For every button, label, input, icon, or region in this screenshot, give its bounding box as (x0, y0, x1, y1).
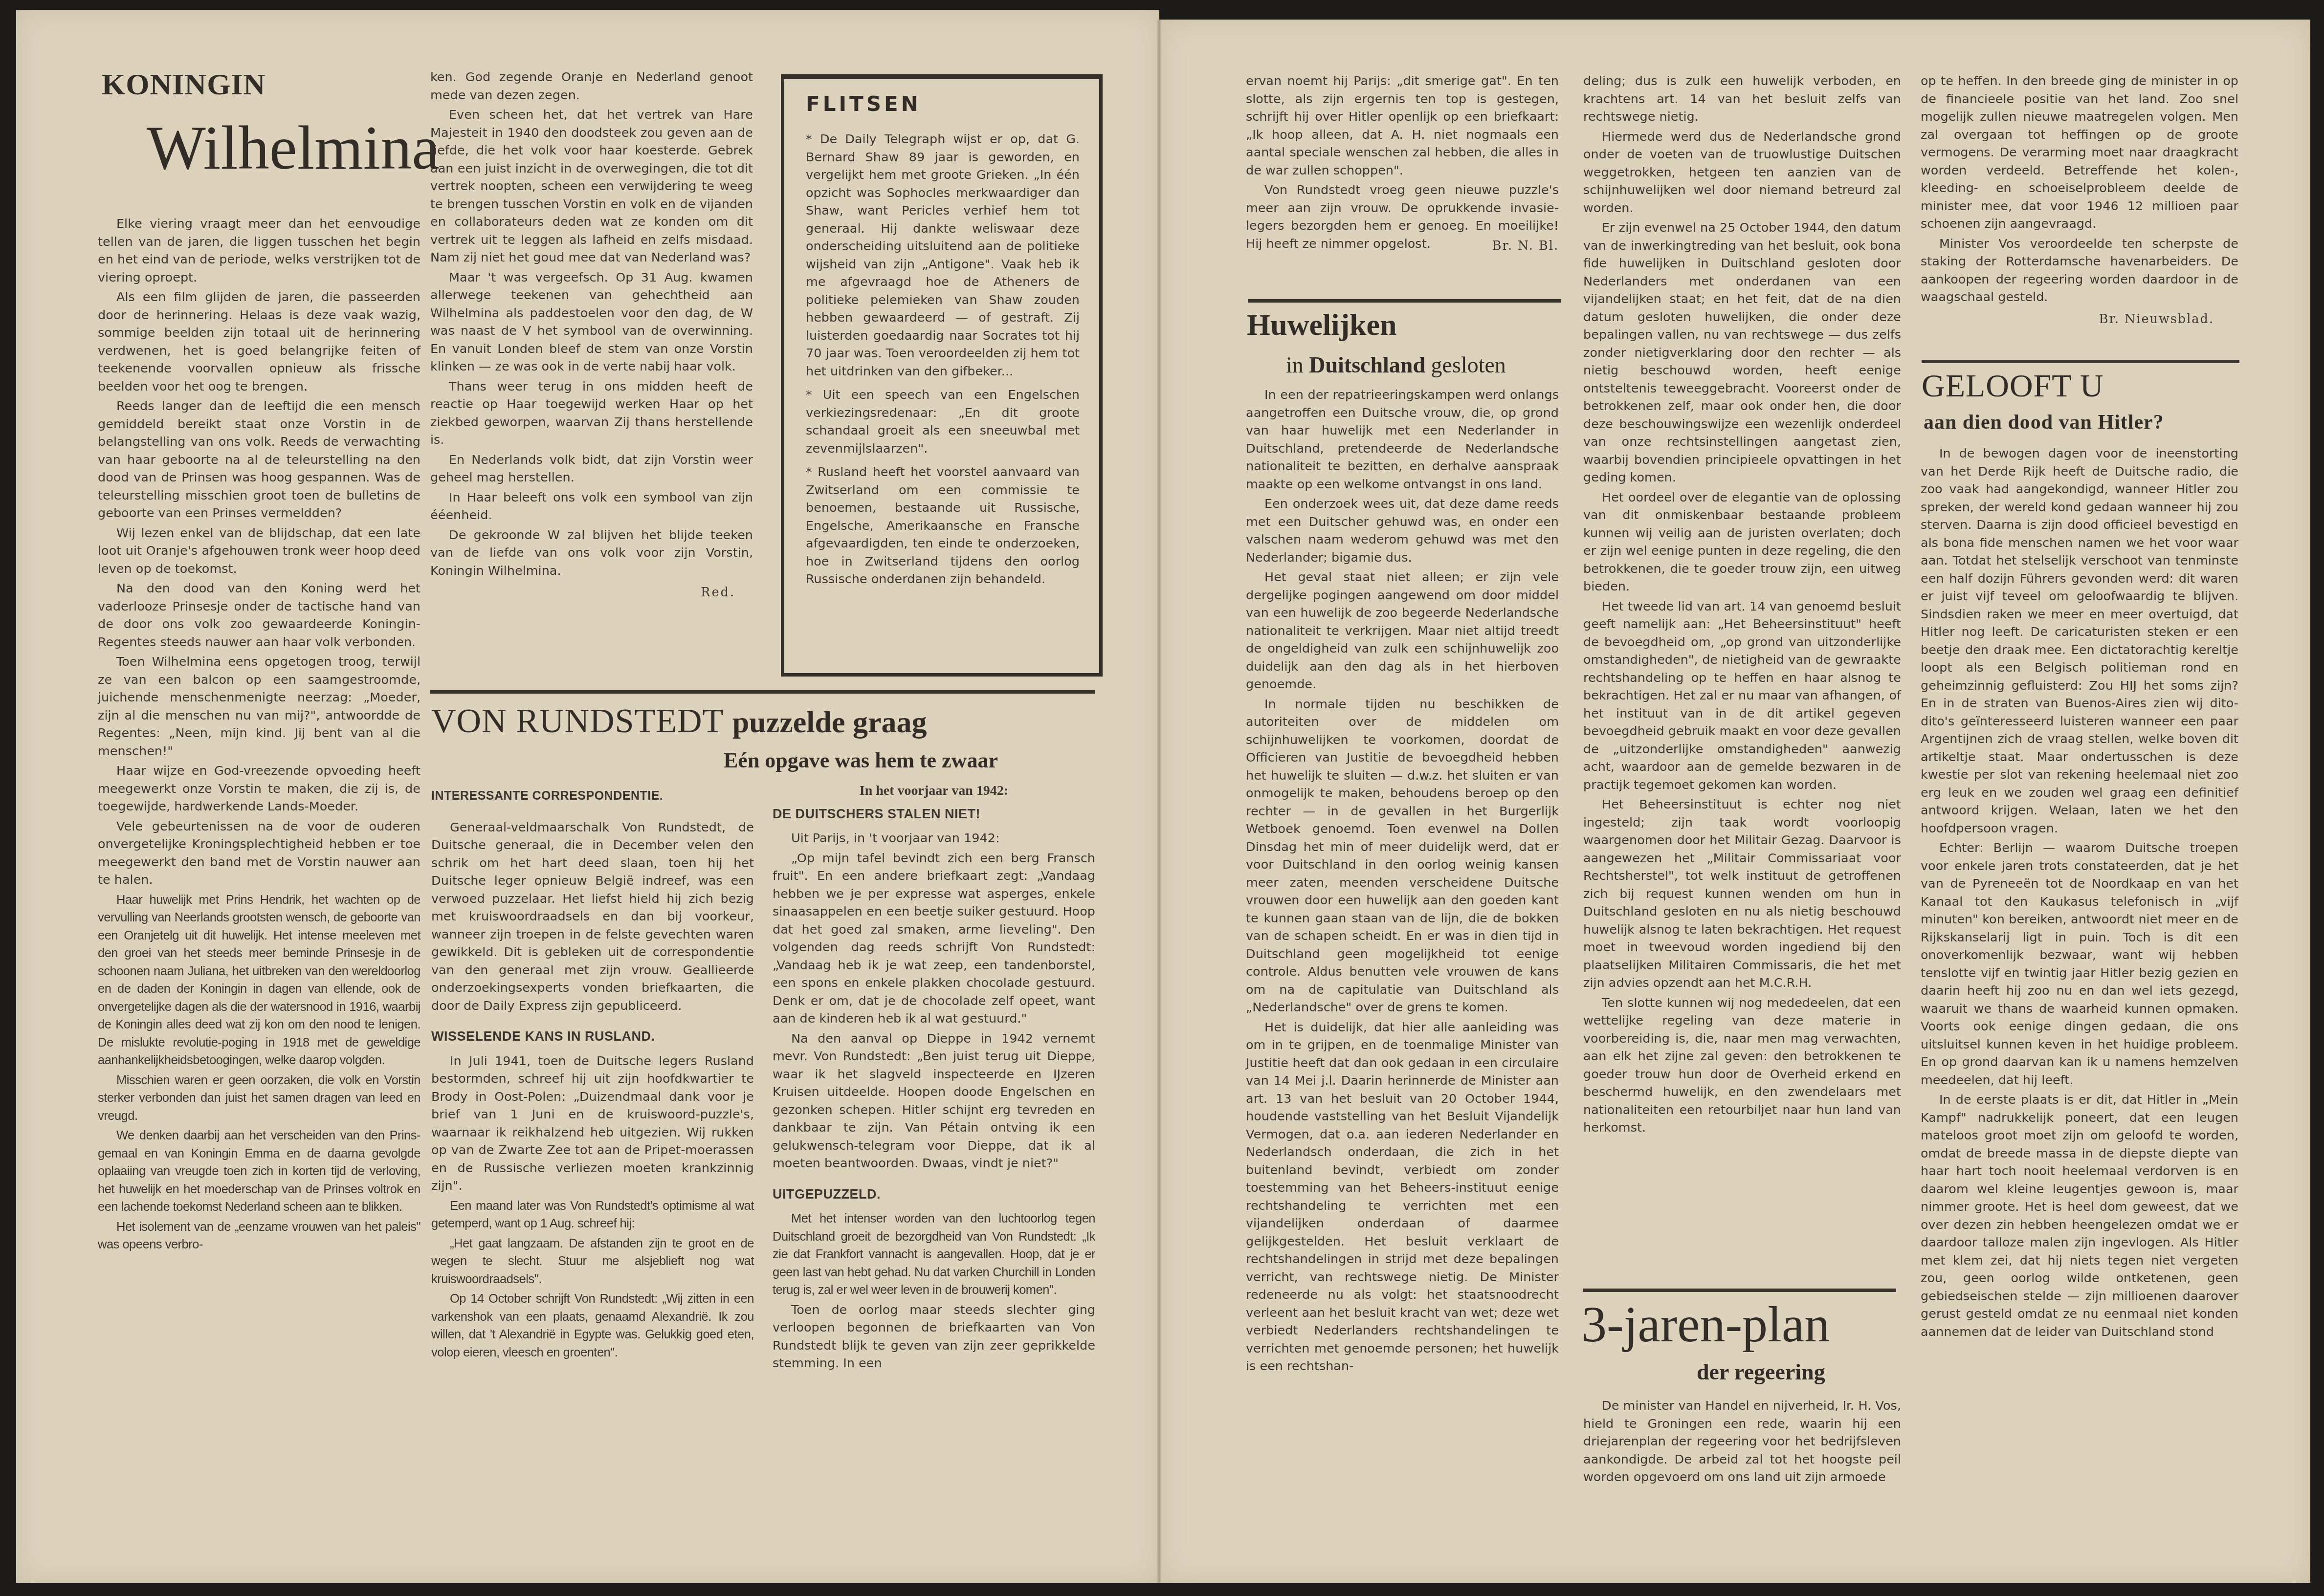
paragraph: En Nederlands volk bidt, dat zijn Vorsti… (430, 451, 753, 487)
flitsen-items: * De Daily Telegraph wijst er op, dat G.… (806, 131, 1080, 590)
flitsen-box: FLITSEN * De Daily Telegraph wijst er op… (781, 74, 1103, 677)
paragraph: Thans weer terug in ons midden heeft de … (430, 378, 753, 449)
headline-caps: VON RUNDSTEDT (431, 702, 724, 740)
kicker-koningin: KONINGIN (102, 67, 266, 102)
paragraph: Ten slotte kunnen wij nog mededeelen, da… (1583, 994, 1901, 1137)
signature-red: Red. (430, 584, 735, 602)
paragraph: Er zijn evenwel na 25 October 1944, den … (1583, 219, 1901, 487)
wilhelmina-column-1: Elke viering vraagt meer dan het eenvoud… (98, 215, 421, 1256)
subheadline-dood-hitler: aan dien dood van Hitler? (1924, 411, 2164, 434)
paragraph: In normale tijden nu beschikken de autor… (1246, 696, 1559, 1017)
paragraph: Generaal-veldmaarschalk Von Rundstedt, d… (431, 819, 754, 1015)
signature-br-nieuwsblad: Br. Nieuwsblad. (1921, 310, 2214, 328)
paragraph: Echter: Berlijn — waarom Duitsche troepe… (1921, 839, 2238, 1089)
paragraph: Het tweede lid van art. 14 van genoemd b… (1583, 598, 1901, 794)
wilhelmina-column-2: ken. God zegende Oranje en Nederland gen… (430, 68, 753, 602)
hitler-column: In de bewogen dagen voor de ineenstortin… (1921, 445, 2238, 1343)
jarenplan-column-1: De minister van Handel en nijverheid, Ir… (1583, 1397, 1901, 1488)
paragraph: We denken daarbij aan het verscheiden va… (98, 1127, 421, 1216)
subheadline-der-regeering: der regeering (1697, 1359, 1825, 1385)
flitsen-item: * De Daily Telegraph wijst er op, dat G.… (806, 131, 1080, 380)
huwelijken-column-1: In een der repatrieeringskampen werd onl… (1246, 386, 1559, 1377)
paragraph: Even scheen het, dat het vertrek van Har… (430, 106, 753, 267)
section-rule (1922, 360, 2239, 363)
subtitle-part: in (1286, 352, 1304, 377)
paragraph: Hiermede werd dus de Nederlandsche grond… (1583, 128, 1901, 218)
paragraph: Toen Wilhelmina eens opgetogen troog, te… (98, 653, 421, 760)
paragraph: Haar huwelijk met Prins Hendrik, het wac… (98, 891, 421, 1070)
paragraph: Een maand later was Von Rundstedt's opti… (431, 1197, 754, 1233)
subtitle-part: Duitschland (1309, 352, 1425, 377)
paragraph: In de bewogen dagen voor de ineenstortin… (1921, 445, 2238, 837)
paragraph: Na den dood van den Koning werd het vade… (98, 580, 421, 651)
paragraph: De minister van Handel en nijverheid, Ir… (1583, 1397, 1901, 1487)
flitsen-item: * Rusland heeft het voorstel aanvaard va… (806, 463, 1080, 589)
headline-gelooft-u: GELOOFT U (1922, 368, 2104, 405)
paragraph: Elke viering vraagt meer dan het eenvoud… (98, 215, 421, 286)
paragraph: ken. God zegende Oranje en Nederland gen… (430, 68, 753, 104)
paragraph: op te heffen. In den breede ging de mini… (1921, 72, 2238, 233)
paragraph: Het isolement van de „eenzame vrouwen va… (98, 1218, 421, 1254)
section-heading: WISSELENDE KANS IN RUSLAND. (431, 1028, 754, 1046)
paragraph: In de eerste plaats is er dit, dat Hitle… (1921, 1091, 2238, 1341)
rundstedt-column-2: In het voorjaar van 1942: DE DUITSCHERS … (773, 782, 1095, 1375)
paragraph: Het Beheersinstituut is echter nog niet … (1583, 796, 1901, 992)
section-heading: DE DUITSCHERS STALEN NIET! (773, 805, 1095, 823)
section-heading: UITGEPUZZELD. (773, 1185, 1095, 1203)
paragraph: De gekroonde W zal blijven het blijde te… (430, 526, 753, 580)
paragraph: Reeds langer dan de leeftijd die een men… (98, 397, 421, 523)
paragraph: Als een film glijden de jaren, die passe… (98, 288, 421, 395)
paragraph: Maar 't was vergeefsch. Op 31 Aug. kwame… (430, 269, 753, 376)
paragraph: Na den aanval op Dieppe in 1942 vernemt … (773, 1030, 1095, 1173)
subtitle-part: gesloten (1431, 352, 1506, 377)
rundstedt-column-1: INTERESSANTE CORRESPONDENTIE. Generaal-v… (431, 787, 754, 1363)
paragraph: Vele gebeurtenissen na de voor de oudere… (98, 818, 421, 889)
huwelijken-column-2: deling; dus is zulk een huwelijk verbode… (1583, 72, 1901, 1139)
paragraph: Het geval staat niet alleen; er zijn vel… (1246, 568, 1559, 694)
paragraph: In Juli 1941, toen de Duitsche legers Ru… (431, 1052, 754, 1195)
paragraph: „Op mijn tafel bevindt zich een berg Fra… (773, 850, 1095, 1028)
paragraph: Toen de oorlog maar steeds slechter ging… (773, 1301, 1095, 1373)
paragraph: Het is duidelijk, dat hier alle aanleidi… (1246, 1019, 1559, 1376)
paragraph: Met het intenser worden van den luchtoor… (773, 1210, 1095, 1299)
jarenplan-column-2: op te heffen. In den breede ging de mini… (1921, 72, 2238, 328)
section-rule (1583, 1289, 1896, 1292)
flitsen-item: * Uit een speech van een Engelschen verk… (806, 386, 1080, 458)
paragraph: ervan noemt hij Parijs: „dit smerige gat… (1246, 72, 1559, 179)
section-kicker: In het voorjaar van 1942: (773, 782, 1095, 800)
headline-3-jaren-plan: 3-jaren-plan (1581, 1295, 1830, 1354)
headline-rest: puzzelde graag (732, 706, 927, 739)
section-rule (430, 690, 1095, 694)
section-heading: INTERESSANTE CORRESPONDENTIE. (431, 787, 754, 805)
paragraph: deling; dus is zulk een huwelijk verbode… (1583, 72, 1901, 126)
paragraph: Haar wijze en God-vreezende opvoeding he… (98, 762, 421, 816)
headline-huwelijken: Huwelijken (1247, 308, 1397, 343)
paragraph: In een der repatrieeringskampen werd onl… (1246, 386, 1559, 493)
headline-von-rundstedt: VON RUNDSTEDT puzzelde graag (431, 702, 927, 742)
center-fold (1157, 20, 1162, 1583)
rundstedt-continued: ervan noemt hij Parijs: „dit smerige gat… (1246, 72, 1559, 255)
paragraph: Wij lezen enkel van de blijdschap, dat e… (98, 525, 421, 578)
paragraph: Op 14 October schrijft Von Rundstedt: „W… (431, 1290, 754, 1361)
paragraph: In Haar beleeft ons volk een symbool van… (430, 489, 753, 525)
subheadline-huwelijken: in Duitschland gesloten (1286, 352, 1506, 378)
paragraph: Een onderzoek wees uit, dat deze dame re… (1246, 495, 1559, 567)
headline-wilhelmina: Wilhelmina (147, 113, 440, 182)
paragraph: Minister Vos veroordeelde ten scherpste … (1921, 235, 2238, 306)
paragraph: „Het gaat langzaam. De afstanden zijn te… (431, 1235, 754, 1289)
section-rule (1248, 299, 1561, 303)
paragraph: Uit Parijs, in 't voorjaar van 1942: (773, 830, 1095, 848)
paragraph: Misschien waren er geen oorzaken, die vo… (98, 1071, 421, 1125)
subheadline-rundstedt: Eén opgave was hem te zwaar (724, 748, 998, 773)
paragraph: Het oordeel over de elegantie van de opl… (1583, 489, 1901, 596)
flitsen-title: FLITSEN (806, 92, 921, 116)
